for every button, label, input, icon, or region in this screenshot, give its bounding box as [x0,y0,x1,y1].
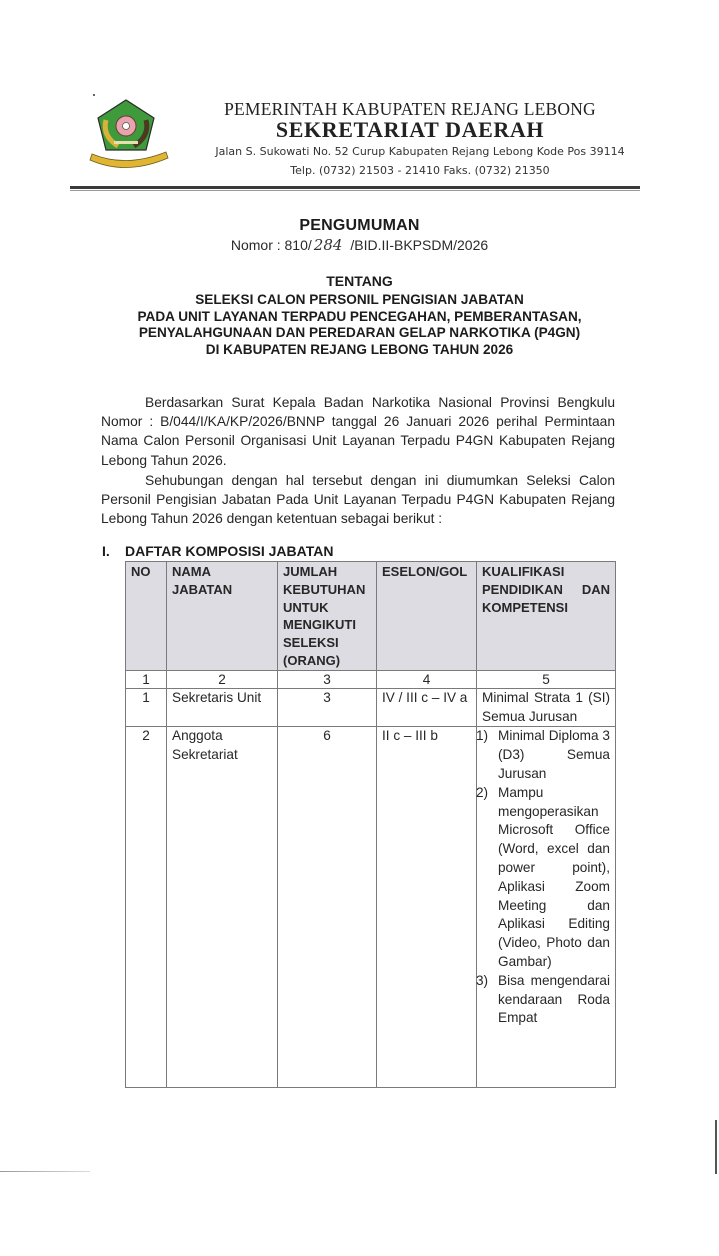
cell-quota: 3 [278,688,377,727]
table-header-row: NO NAMA JABATAN JUMLAH KEBUTUHAN UNTUK M… [126,562,616,671]
table-row: 2 Anggota Sekretariat 6 II c – III b 1)M… [126,727,616,1088]
header-qualification: KUALIFIKASI PENDIDIKAN DAN KOMPETENSI [477,562,616,671]
qualification-item: 3)Bisa mengendarai kendaraan Roda Empat [482,972,610,1028]
letterhead-address: Jalan S. Sukowati No. 52 Curup Kabupaten… [160,145,680,158]
paragraph-basis: Berdasarkan Surat Kepala Badan Narkotika… [101,393,615,470]
cell-echelon: IV / III c – IV a [377,688,477,727]
letterhead-rule [70,186,640,189]
column-number: 4 [377,670,477,688]
announcement-subject: SELEKSI CALON PERSONIL PENGISIAN JABATAN… [0,292,719,358]
section-numeral: I. [102,543,125,559]
header-no: NO [126,562,167,671]
paragraph-announcement: Sehubungan dengan hal tersebut dengan in… [101,471,615,529]
column-number: 1 [126,670,167,688]
number-prefix: Nomor : 810/ [231,237,312,253]
cell-position-name: Sekretaris Unit [167,688,278,727]
table-row: 1 Sekretaris Unit 3 IV / III c – IV a Mi… [126,688,616,727]
header-quota: JUMLAH KEBUTUHAN UNTUK MENGIKUTI SELEKSI… [278,562,377,671]
column-number: 5 [477,670,616,688]
cell-no: 1 [126,688,167,727]
announcement-number: Nomor : 810/284/BID.II-BKPSDM/2026 [0,236,719,254]
cell-no: 2 [126,727,167,1088]
letterhead-office: SEKRETARIAT DAERAH [160,117,660,143]
cell-echelon: II c – III b [377,727,477,1088]
cell-position-name: Anggota Sekretariat [167,727,278,1088]
table-column-number-row: 1 2 3 4 5 [126,670,616,688]
section-title: DAFTAR KOMPOSISI JABATAN [125,543,333,559]
header-echelon: ESELON/GOL [377,562,477,671]
announcement-title: PENGUMUMAN [0,217,719,235]
letterhead-phone: Telp. (0732) 21503 - 21410 Faks. (0732) … [160,164,680,177]
number-suffix: /BID.II-BKPSDM/2026 [350,237,488,253]
subject-line: DI KABUPATEN REJANG LEBONG TAHUN 2026 [0,342,719,359]
about-label: TENTANG [0,273,719,289]
column-number: 3 [278,670,377,688]
cell-qualification: 1)Minimal Diploma 3 (D3) Semua Jurusan 2… [477,727,616,1088]
qualification-item: 2)Mampu mengoperasikan Microsoft Office … [482,784,610,972]
cell-quota: 6 [278,727,377,1088]
section-heading: I.DAFTAR KOMPOSISI JABATAN [102,543,333,559]
qualification-item: 1)Minimal Diploma 3 (D3) Semua Jurusan [482,727,610,783]
subject-line: PENYALAHGUNAAN DAN PEREDARAN GELAP NARKO… [0,325,719,342]
subject-line: SELEKSI CALON PERSONIL PENGISIAN JABATAN [0,292,719,309]
letterhead-rule-thin [70,190,640,191]
cell-qualification: Minimal Strata 1 (SI) Semua Jurusan [477,688,616,727]
qualification-list: 1)Minimal Diploma 3 (D3) Semua Jurusan 2… [482,727,610,1028]
number-handwritten: 284 [312,236,351,254]
position-table: NO NAMA JABATAN JUMLAH KEBUTUHAN UNTUK M… [125,561,616,1088]
scan-page-edge [715,1120,717,1174]
column-number: 2 [167,670,278,688]
header-position-name: NAMA JABATAN [167,562,278,671]
scan-artifact-line [0,1171,90,1172]
subject-line: PADA UNIT LAYANAN TERPADU PENCEGAHAN, PE… [0,309,719,326]
